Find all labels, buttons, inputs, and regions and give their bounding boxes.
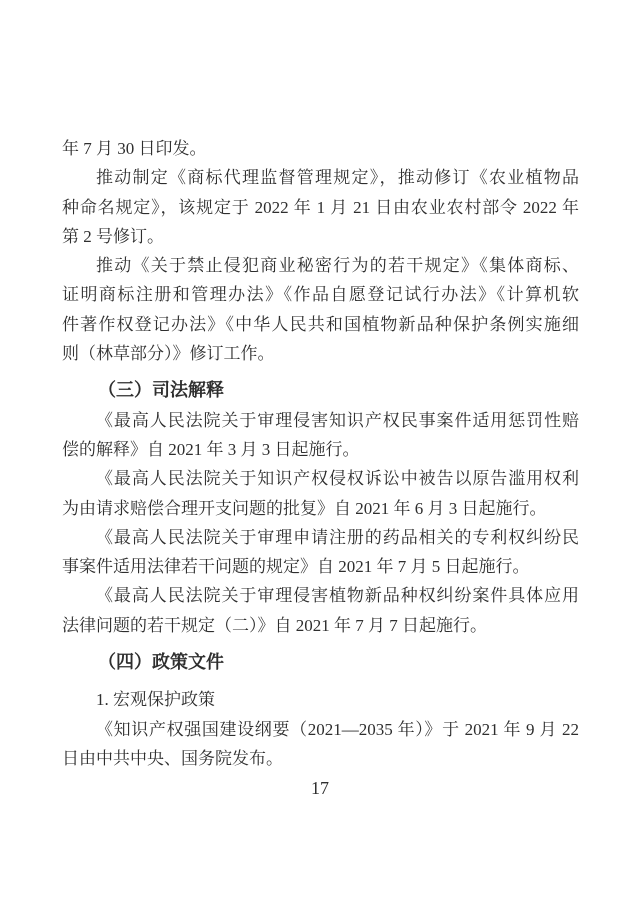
text-line: 《最高人民法院关于审理侵害知识产权民事案件适用惩罚性赔 [62, 406, 579, 435]
text-line: 则（林草部分）》修订工作。 [62, 339, 579, 368]
text-line: 法律问题的若干规定（二）》自 2021 年 7 月 7 日起施行。 [62, 611, 579, 640]
text-line: 《最高人民法院关于审理侵害植物新品种权纠纷案件具体应用 [62, 581, 579, 610]
text-line: 种命名规定》，该规定于 2022 年 1 月 21 日由农业农村部令 2022 … [62, 193, 579, 222]
heading-judicial-interpretation: （三）司法解释 [62, 376, 579, 405]
text-line: 《最高人民法院关于知识产权侵权诉讼中被告以原告滥用权利 [62, 464, 579, 493]
document-page: 年 7 月 30 日印发。 推动制定《商标代理监督管理规定》，推动修订《农业植物… [0, 0, 640, 900]
text-line: 年 7 月 30 日印发。 [62, 134, 579, 163]
document-text-block: 年 7 月 30 日印发。 推动制定《商标代理监督管理规定》，推动修订《农业植物… [62, 134, 579, 773]
text-line: 日由中共中央、国务院发布。 [62, 744, 579, 773]
text-line: 《知识产权强国建设纲要（2021—2035 年）》于 2021 年 9 月 22 [62, 715, 579, 744]
subheading-macro-protection-policy: 1. 宏观保护政策 [62, 685, 579, 714]
text-line: 事案件适用法律若干问题的规定》自 2021 年 7 月 5 日起施行。 [62, 552, 579, 581]
text-line: 证明商标注册和管理办法》《作品自愿登记试行办法》《计算机软 [62, 280, 579, 309]
text-line: 偿的解释》自 2021 年 3 月 3 日起施行。 [62, 435, 579, 464]
text-line: 第 2 号修订。 [62, 222, 579, 251]
page-number: 17 [0, 778, 640, 799]
text-line: 为由请求赔偿合理开支问题的批复》自 2021 年 6 月 3 日起施行。 [62, 494, 579, 523]
text-line: 推动制定《商标代理监督管理规定》，推动修订《农业植物品 [62, 163, 579, 192]
text-line: 推动《关于禁止侵犯商业秘密行为的若干规定》《集体商标、 [62, 251, 579, 280]
text-line: 《最高人民法院关于审理申请注册的药品相关的专利权纠纷民 [62, 523, 579, 552]
text-line: 件著作权登记办法》《中华人民共和国植物新品种保护条例实施细 [62, 310, 579, 339]
heading-policy-documents: （四）政策文件 [62, 648, 579, 677]
